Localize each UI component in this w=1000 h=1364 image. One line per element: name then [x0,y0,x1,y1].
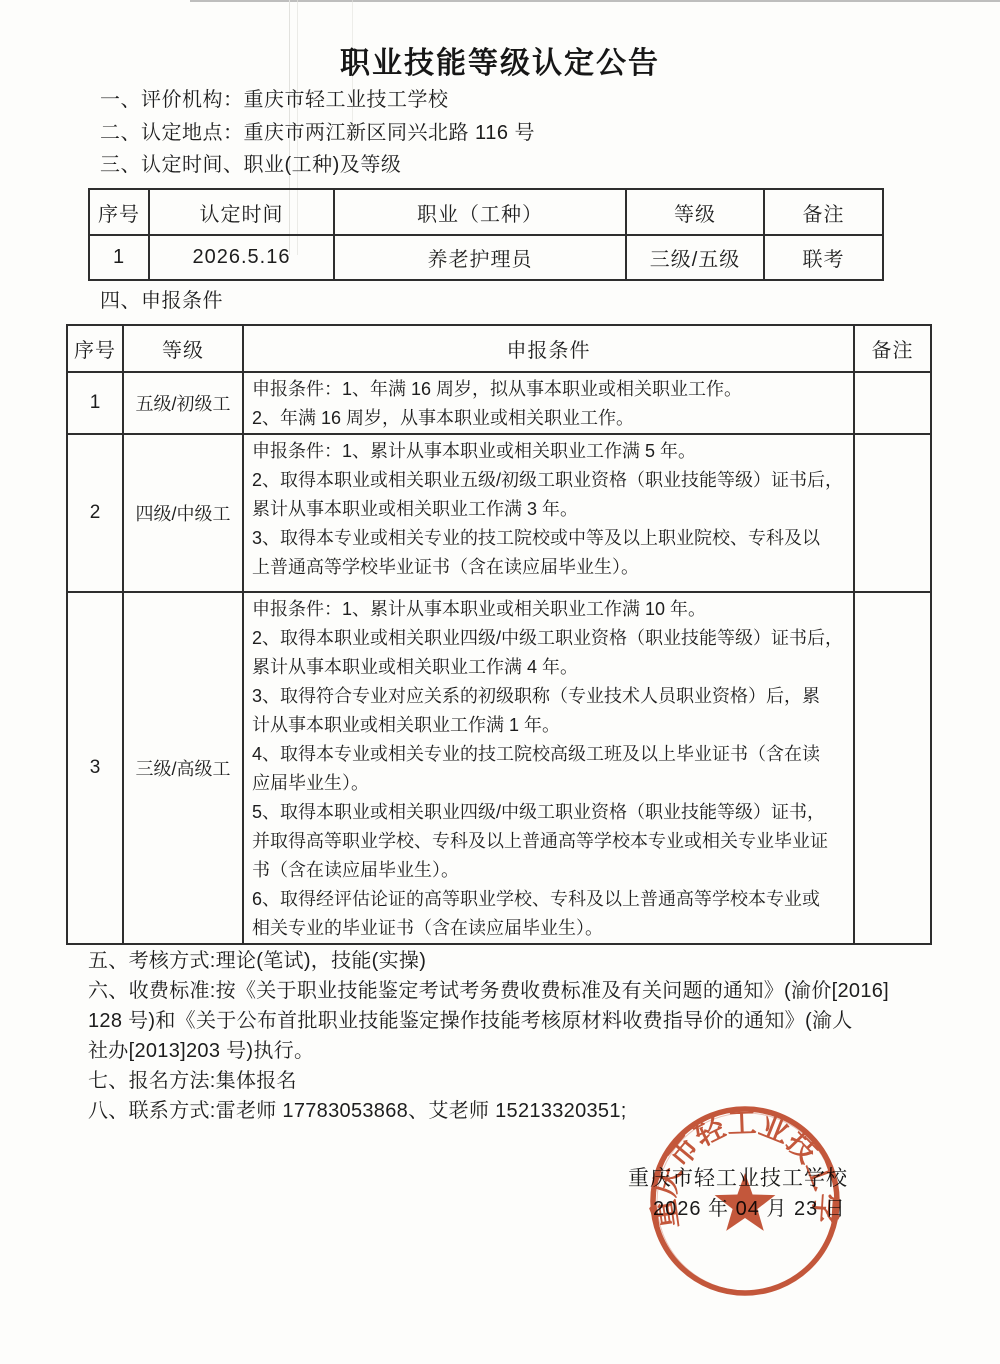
cell-conditions: 申报条件：1、累计从事本职业或相关职业工作满 10 年。 2、取得本职业或相关职… [243,592,854,944]
cell-remark [854,372,931,434]
table-row: 2 四级/中级工 申报条件：1、累计从事本职业或相关职业工作满 5 年。 2、取… [67,434,931,592]
cell-level: 三级/五级 [626,235,764,280]
official-seal-stamp: 重庆市轻工业技工学校 [645,1099,845,1309]
cell-no: 2 [67,434,123,592]
cell-no: 1 [67,372,123,434]
list-item-evaluating-org: 一、评价机构：重庆市轻工业技工学校 [100,84,535,117]
list-item-fee-standard: 六、收费标准:按《关于职业技能鉴定考试考务费收费标准及有关问题的通知》(渝价[2… [88,976,920,1066]
cell-level: 五级/初级工 [123,372,243,434]
list-item-location: 二、认定地点：重庆市两江新区同兴北路 116 号 [100,117,535,150]
table-header-row: 序号 认定时间 职业（工种） 等级 备注 [89,189,883,235]
table-row: 3 三级/高级工 申报条件：1、累计从事本职业或相关职业工作满 10 年。 2、… [67,592,931,944]
column-header-no: 序号 [67,325,123,372]
cell-remark [854,592,931,944]
conditions-table: 序号 等级 申报条件 备注 1 五级/初级工 申报条件：1、年满 16 周岁，拟… [66,324,932,945]
cell-remark [854,434,931,592]
table-row: 1 2026.5.16 养老护理员 三级/五级 联考 [89,235,883,280]
list-item-schedule: 三、认定时间、职业(工种)及等级 [100,149,535,182]
table-row: 1 五级/初级工 申报条件：1、年满 16 周岁，拟从事本职业或相关职业工作。 … [67,372,931,434]
cell-remark: 联考 [764,235,883,280]
page-title: 职业技能等级认定公告 [0,38,1000,82]
cell-occupation: 养老护理员 [334,235,626,280]
column-header-level: 等级 [626,189,764,235]
cell-conditions: 申报条件：1、累计从事本职业或相关职业工作满 5 年。 2、取得本职业或相关职业… [243,434,854,592]
column-header-level: 等级 [123,325,243,372]
column-header-remark: 备注 [764,189,883,235]
column-header-conditions: 申报条件 [243,325,854,372]
cell-no: 1 [89,235,149,280]
schedule-table: 序号 认定时间 职业（工种） 等级 备注 1 2026.5.16 养老护理员 三… [88,188,884,281]
section-4-heading: 四、申报条件 [100,284,223,313]
scan-artifact-top-edge [190,0,1000,2]
cell-no: 3 [67,592,123,944]
cell-level: 四级/中级工 [123,434,243,592]
list-item-assessment-method: 五、考核方式:理论(笔试)，技能(实操) [88,946,920,976]
intro-list: 一、评价机构：重庆市轻工业技工学校 二、认定地点：重庆市两江新区同兴北路 116… [100,84,535,182]
document-page: 职业技能等级认定公告 一、评价机构：重庆市轻工业技工学校 二、认定地点：重庆市两… [0,0,1000,1364]
column-header-remark: 备注 [854,325,931,372]
column-header-date: 认定时间 [149,189,334,235]
table-header-row: 序号 等级 申报条件 备注 [67,325,931,372]
cell-date: 2026.5.16 [149,235,334,280]
cell-level: 三级/高级工 [123,592,243,944]
star-icon [715,1173,776,1231]
column-header-occupation: 职业（工种） [334,189,626,235]
column-header-no: 序号 [89,189,149,235]
list-item-registration-method: 七、报名方法:集体报名 [88,1066,920,1096]
cell-conditions: 申报条件：1、年满 16 周岁，拟从事本职业或相关职业工作。 2、年满 16 周… [243,372,854,434]
